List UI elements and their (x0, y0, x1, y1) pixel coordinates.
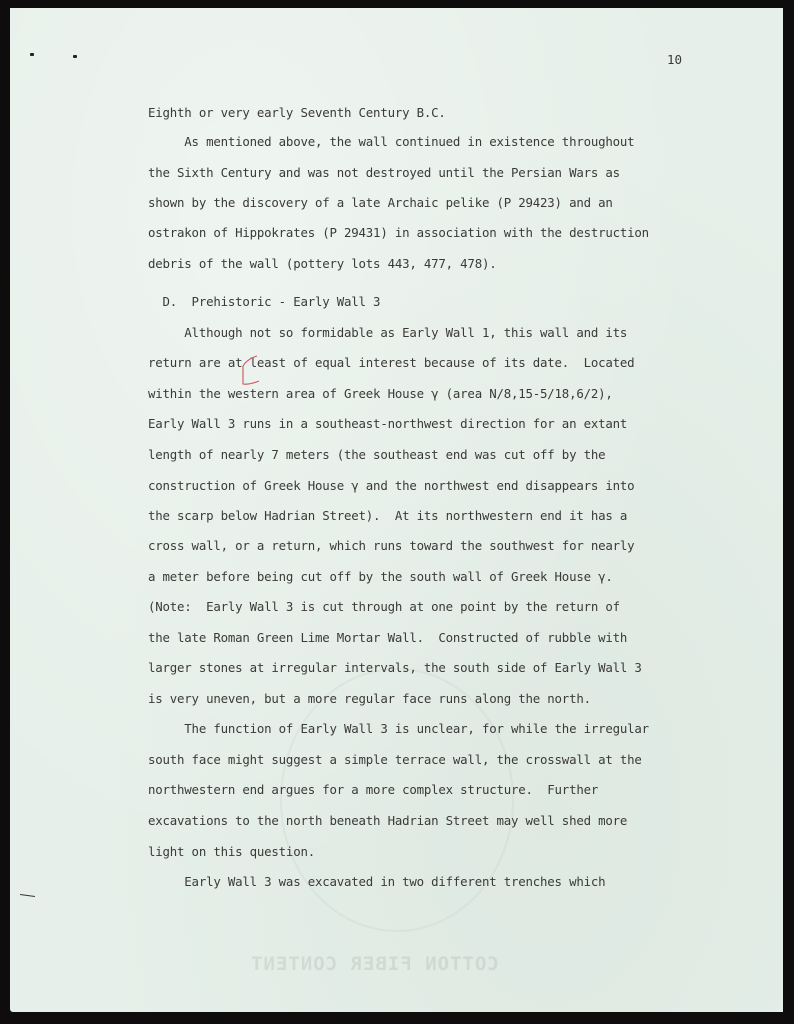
text-line: return are at least of equal interest be… (148, 355, 634, 371)
text-line: Early Wall 3 runs in a southeast-northwe… (148, 416, 627, 432)
text-line: construction of Greek House γ and the no… (148, 478, 634, 494)
text-line: the late Roman Green Lime Mortar Wall. C… (148, 630, 627, 646)
section-heading: D. Prehistoric - Early Wall 3 (148, 294, 380, 310)
text-line: As mentioned above, the wall continued i… (148, 134, 634, 150)
text-line: a meter before being cut off by the sout… (148, 569, 613, 585)
watermark-text: COTTON FIBER CONTENT (250, 953, 499, 975)
text-line: the Sixth Century and was not destroyed … (148, 165, 620, 181)
text-line: light on this question. (148, 844, 315, 860)
text-line: length of nearly 7 meters (the southeast… (148, 447, 605, 463)
text-line: south face might suggest a simple terrac… (148, 752, 642, 768)
page-number: 10 (667, 52, 682, 67)
text-line: Early Wall 3 was excavated in two differ… (148, 874, 605, 890)
red-bracket-annotation (239, 354, 267, 388)
text-line: is very uneven, but a more regular face … (148, 691, 591, 707)
text-line: (Note: Early Wall 3 is cut through at on… (148, 599, 620, 615)
document-page: COTTON FIBER CONTENT 10 Eighth or very e… (10, 8, 783, 1012)
speck-mark (30, 53, 34, 56)
text-line: The function of Early Wall 3 is unclear,… (148, 721, 649, 737)
text-line: larger stones at irregular intervals, th… (148, 660, 642, 676)
text-line: Eighth or very early Seventh Century B.C… (148, 105, 446, 121)
text-line: northwestern end argues for a more compl… (148, 782, 598, 798)
text-line: cross wall, or a return, which runs towa… (148, 538, 634, 554)
text-line: excavations to the north beneath Hadrian… (148, 813, 627, 829)
speck-mark (73, 55, 77, 58)
text-line: within the western area of Greek House γ… (148, 386, 613, 402)
text-line: the scarp below Hadrian Street). At its … (148, 508, 627, 524)
text-line: Although not so formidable as Early Wall… (148, 325, 627, 341)
text-line: shown by the discovery of a late Archaic… (148, 195, 613, 211)
watermark-seal (280, 668, 514, 932)
text-line: debris of the wall (pottery lots 443, 47… (148, 256, 496, 272)
text-line: ostrakon of Hippokrates (P 29431) in ass… (148, 225, 649, 241)
margin-tick-mark (20, 894, 35, 897)
